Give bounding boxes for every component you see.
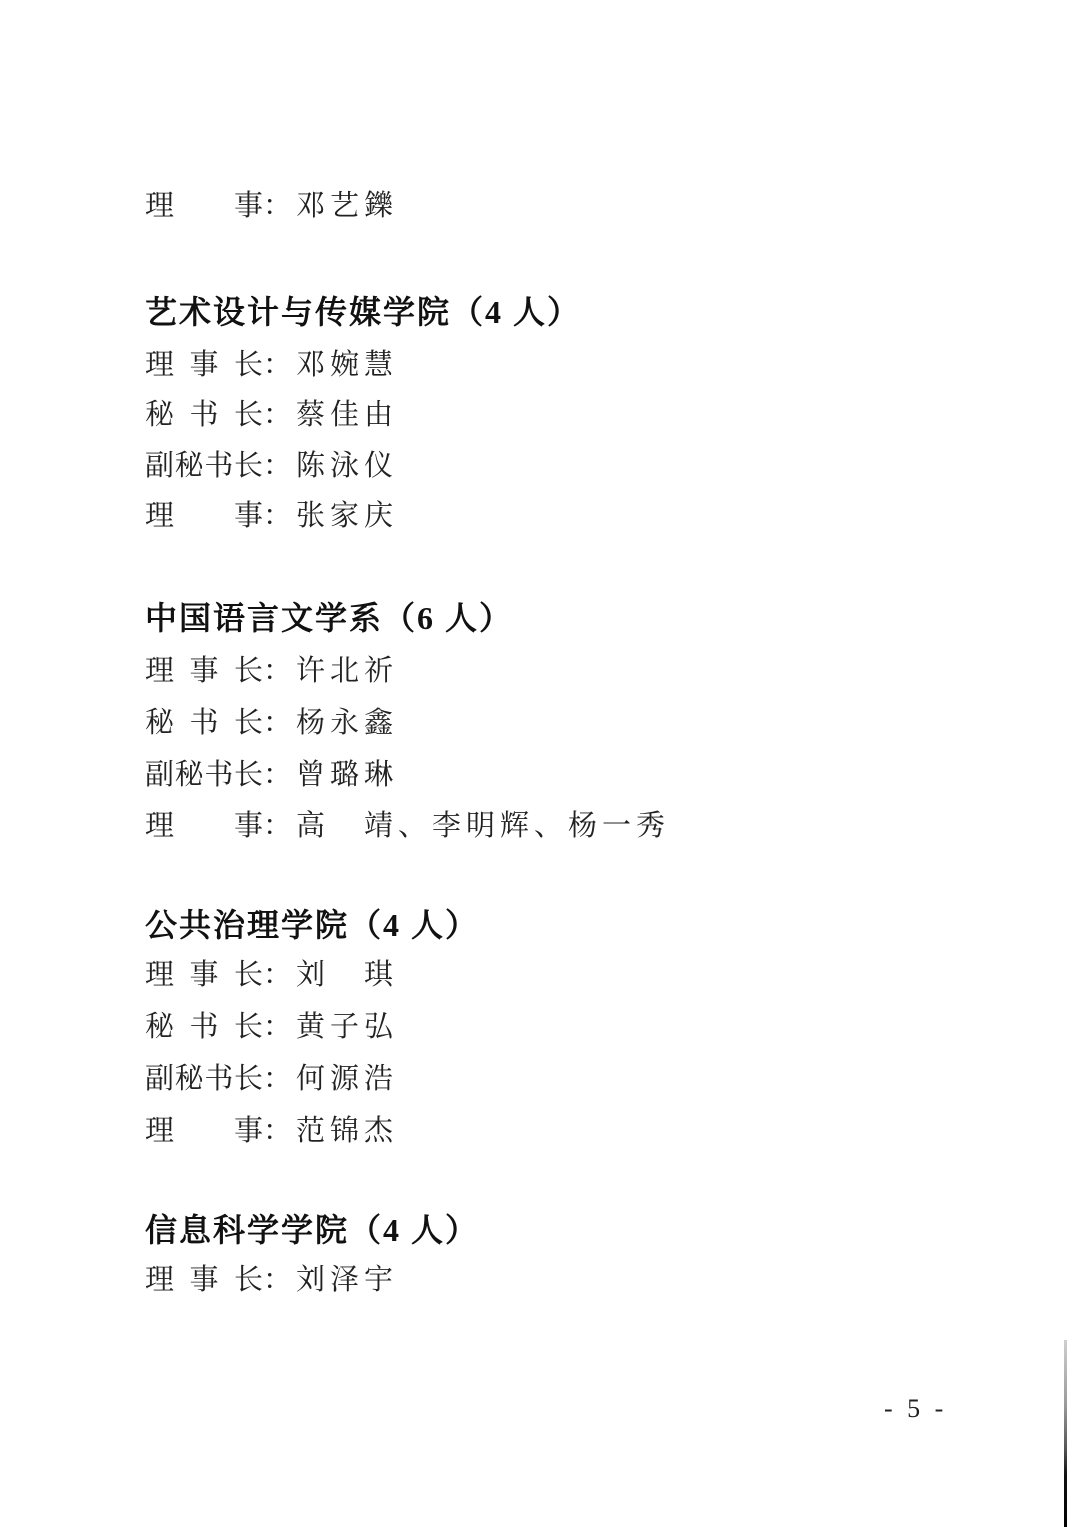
role-label: 理事长	[145, 957, 263, 993]
role-row: 理事：邓艺鑠	[145, 188, 398, 224]
colon: ：	[263, 1009, 292, 1045]
colon: ：	[263, 757, 292, 793]
colon: ：	[263, 705, 292, 741]
person-name: 张家庆	[296, 498, 398, 534]
scan-artifact-line	[1064, 1340, 1067, 1527]
person-name: 蔡佳由	[296, 397, 398, 433]
colon: ：	[263, 1113, 292, 1149]
person-name: 刘泽宇	[296, 1262, 398, 1298]
person-name: 曾璐琳	[296, 757, 398, 793]
person-name: 何源浩	[296, 1061, 398, 1097]
role-row: 理事：范锦杰	[145, 1113, 398, 1149]
role-label: 副秘书长	[145, 448, 263, 484]
section-heading: 信息科学学院（4 人）	[145, 1210, 479, 1250]
section-heading: 艺术设计与传媒学院（4 人）	[145, 292, 581, 332]
person-name: 邓婉慧	[296, 347, 398, 383]
role-row: 副秘书长：何源浩	[145, 1061, 398, 1097]
role-label: 副秘书长	[145, 757, 263, 793]
role-label: 理事	[145, 498, 263, 534]
colon: ：	[263, 957, 292, 993]
role-row: 秘书长：黄子弘	[145, 1009, 398, 1045]
colon: ：	[263, 1262, 292, 1298]
colon: ：	[263, 347, 292, 383]
role-row: 理事长：许北祈	[145, 653, 398, 689]
colon: ：	[263, 397, 292, 433]
section-heading: 公共治理学院（4 人）	[145, 905, 479, 945]
role-row: 副秘书长：曾璐琳	[145, 757, 398, 793]
person-name: 黄子弘	[296, 1009, 398, 1045]
role-label: 秘书长	[145, 705, 263, 741]
role-row: 理事长：邓婉慧	[145, 347, 398, 383]
document-page: 理事：邓艺鑠 艺术设计与传媒学院（4 人） 理事长：邓婉慧 秘书长：蔡佳由 副秘…	[0, 0, 1080, 1527]
role-row: 理事长：刘 琪	[145, 957, 398, 993]
person-name: 陈泳仪	[296, 448, 398, 484]
role-row: 理事：张家庆	[145, 498, 398, 534]
role-label: 理事	[145, 1113, 263, 1149]
role-label: 理事长	[145, 653, 263, 689]
person-name: 许北祈	[296, 653, 398, 689]
person-name: 邓艺鑠	[296, 188, 398, 224]
role-label: 理事长	[145, 347, 263, 383]
person-name: 范锦杰	[296, 1113, 398, 1149]
role-label: 理事	[145, 808, 263, 844]
role-row: 秘书长：杨永鑫	[145, 705, 398, 741]
role-row: 理事长：刘泽宇	[145, 1262, 398, 1298]
colon: ：	[263, 188, 292, 224]
colon: ：	[263, 1061, 292, 1097]
colon: ：	[263, 498, 292, 534]
section-heading: 中国语言文学系（6 人）	[145, 598, 513, 638]
person-name: 刘 琪	[296, 957, 398, 993]
role-row: 理事：高 靖、李明辉、杨一秀	[145, 808, 670, 844]
person-name: 高 靖、李明辉、杨一秀	[296, 808, 670, 844]
role-label: 秘书长	[145, 397, 263, 433]
page-number: - 5 -	[884, 1394, 947, 1424]
person-name: 杨永鑫	[296, 705, 398, 741]
role-label: 理事	[145, 188, 263, 224]
role-label: 理事长	[145, 1262, 263, 1298]
role-label: 副秘书长	[145, 1061, 263, 1097]
role-label: 秘书长	[145, 1009, 263, 1045]
colon: ：	[263, 448, 292, 484]
role-row: 副秘书长：陈泳仪	[145, 448, 398, 484]
role-row: 秘书长：蔡佳由	[145, 397, 398, 433]
colon: ：	[263, 808, 292, 844]
colon: ：	[263, 653, 292, 689]
